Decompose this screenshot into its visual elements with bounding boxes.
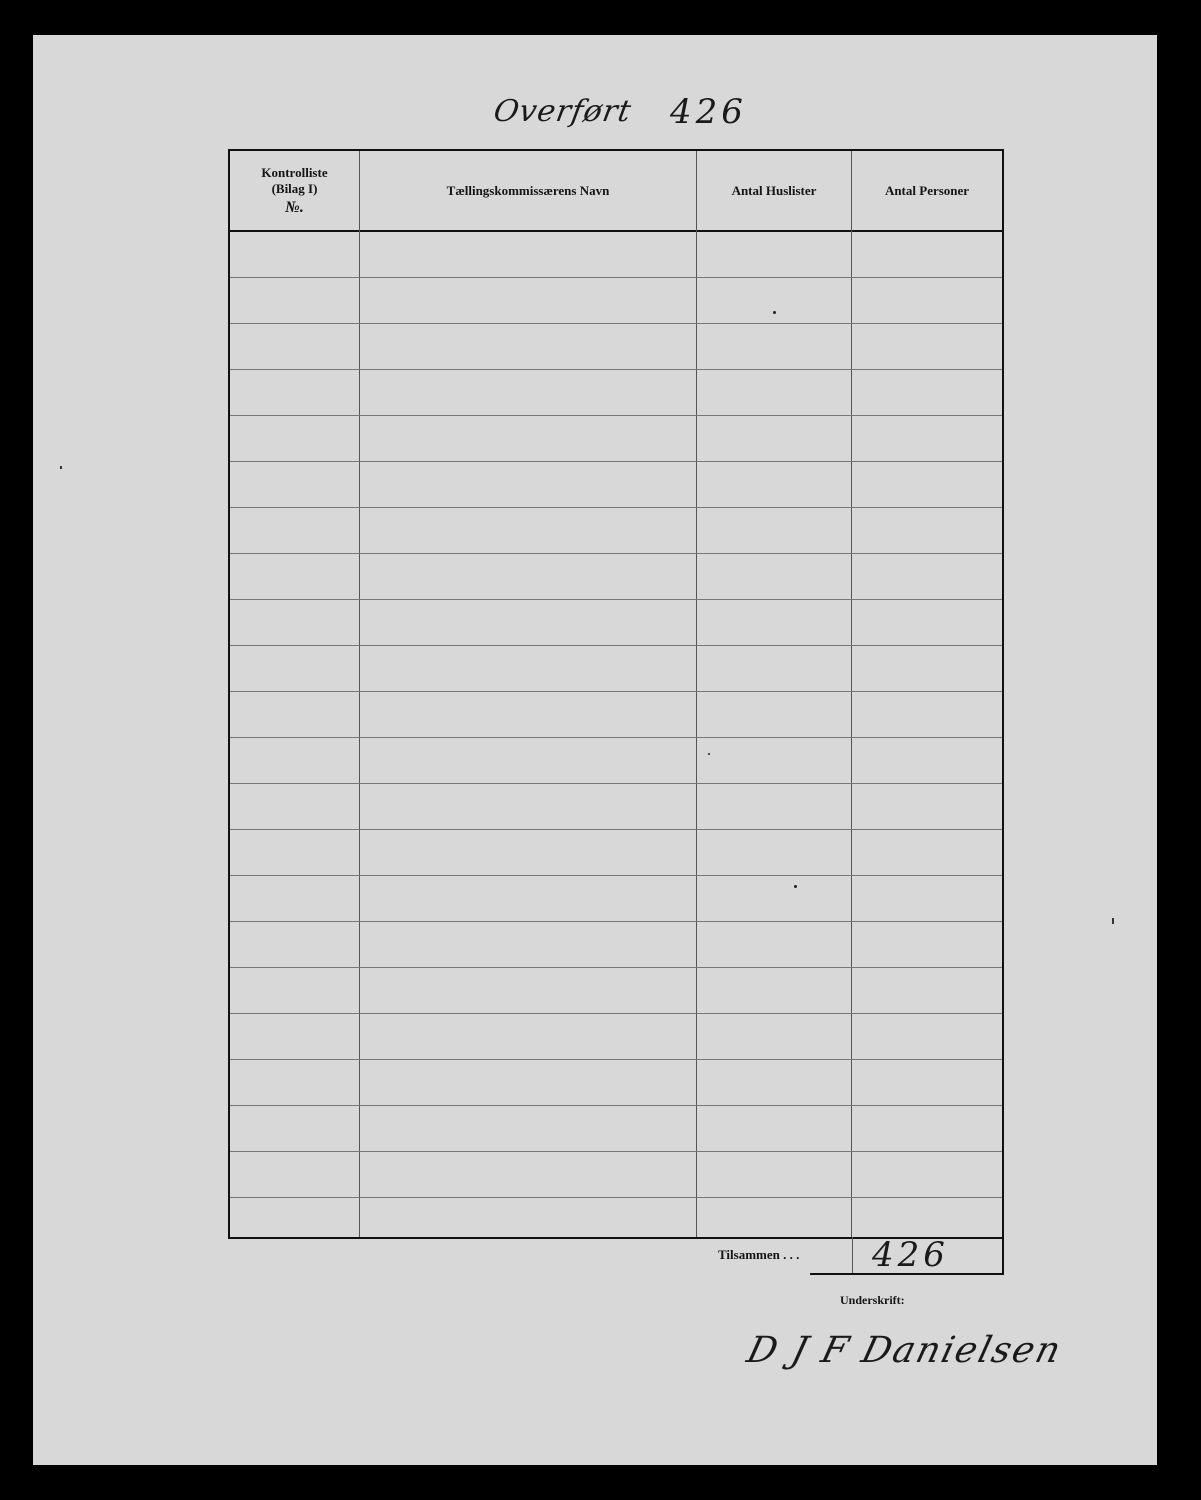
table-row: [230, 646, 1002, 692]
table-cell-huslister: [697, 554, 851, 599]
table-cell-personer: [852, 692, 1002, 737]
table-cell-kontrolliste: [230, 508, 359, 553]
table-cell-personer: [852, 370, 1002, 415]
table-row: [230, 554, 1002, 600]
table-cell-huslister: [697, 324, 851, 369]
table-cell-navn: [360, 646, 696, 691]
table-cell-huslister: [697, 508, 851, 553]
table-cell-huslister: [697, 232, 851, 277]
table-cell-personer: [852, 1014, 1002, 1059]
table-cell-navn: [360, 508, 696, 553]
table-row: [230, 784, 1002, 830]
table-cell-huslister: [697, 876, 851, 921]
table-cell-navn: [360, 784, 696, 829]
table-row: [230, 278, 1002, 324]
table-cell-navn: [360, 278, 696, 323]
header-kontrolliste-line1: Kontrolliste: [261, 165, 327, 181]
table-row: [230, 968, 1002, 1014]
table-cell-personer: [852, 922, 1002, 967]
table-cell-navn: [360, 1014, 696, 1059]
table-row: [230, 232, 1002, 278]
table-cell-huslister: [697, 968, 851, 1013]
table-cell-personer: [852, 1152, 1002, 1197]
table-cell-navn: [360, 370, 696, 415]
table-row: [230, 830, 1002, 876]
table-cell-huslister: [697, 1060, 851, 1105]
census-summary-table: Kontrolliste (Bilag I) №. Tællingskommis…: [228, 149, 1004, 1239]
table-cell-navn: [360, 554, 696, 599]
table-cell-navn: [360, 1060, 696, 1105]
table-cell-huslister: [697, 1106, 851, 1151]
table-cell-navn: [360, 232, 696, 277]
table-row: [230, 370, 1002, 416]
signature-label: Underskrift:: [840, 1293, 905, 1308]
table-cell-kontrolliste: [230, 232, 359, 277]
table-cell-kontrolliste: [230, 922, 359, 967]
table-cell-huslister: [697, 1152, 851, 1197]
table-row: [230, 508, 1002, 554]
ink-dot: [794, 885, 797, 888]
table-cell-navn: [360, 1152, 696, 1197]
table-cell-navn: [360, 462, 696, 507]
table-cell-personer: [852, 784, 1002, 829]
table-cell-kontrolliste: [230, 784, 359, 829]
table-cell-huslister: [697, 370, 851, 415]
table-cell-huslister: [697, 462, 851, 507]
table-cell-navn: [360, 600, 696, 645]
table-cell-huslister: [697, 692, 851, 737]
table-cell-personer: [852, 462, 1002, 507]
table-row: [230, 922, 1002, 968]
table-cell-huslister: [697, 1014, 851, 1059]
table-cell-kontrolliste: [230, 692, 359, 737]
table-row: [230, 1106, 1002, 1152]
table-cell-personer: [852, 646, 1002, 691]
header-personer-label: Antal Personer: [885, 183, 969, 199]
table-cell-personer: [852, 232, 1002, 277]
table-cell-kontrolliste: [230, 1152, 359, 1197]
table-cell-kontrolliste: [230, 1014, 359, 1059]
table-row: [230, 324, 1002, 370]
table-row: [230, 738, 1002, 784]
table-cell-personer: [852, 830, 1002, 875]
header-kontrolliste: Kontrolliste (Bilag I) №.: [230, 151, 359, 230]
table-row: [230, 1060, 1002, 1106]
table-cell-huslister: [697, 646, 851, 691]
table-row: [230, 692, 1002, 738]
carried-over-label: Overført: [491, 94, 634, 129]
total-right-border: [1002, 1237, 1004, 1275]
table-cell-kontrolliste: [230, 554, 359, 599]
table-cell-kontrolliste: [230, 968, 359, 1013]
table-cell-navn: [360, 876, 696, 921]
table-cell-personer: [852, 508, 1002, 553]
header-navn: Tællingskommissærens Navn: [360, 151, 696, 230]
table-cell-navn: [360, 922, 696, 967]
table-cell-navn: [360, 968, 696, 1013]
table-cell-personer: [852, 554, 1002, 599]
table-cell-personer: [852, 1060, 1002, 1105]
table-cell-navn: [360, 692, 696, 737]
table-cell-kontrolliste: [230, 738, 359, 783]
table-cell-navn: [360, 416, 696, 461]
table-cell-kontrolliste: [230, 876, 359, 921]
table-row: [230, 600, 1002, 646]
carried-over-value: 426: [670, 92, 747, 132]
table-cell-kontrolliste: [230, 278, 359, 323]
total-divider: [852, 1237, 853, 1274]
table-cell-kontrolliste: [230, 462, 359, 507]
table-cell-kontrolliste: [230, 324, 359, 369]
table-cell-kontrolliste: [230, 1106, 359, 1151]
table-cell-kontrolliste: [230, 1060, 359, 1105]
paper-speck: [60, 466, 62, 469]
table-cell-personer: [852, 876, 1002, 921]
header-kontrolliste-line2: (Bilag I): [272, 181, 318, 197]
table-cell-navn: [360, 324, 696, 369]
table-cell-navn: [360, 738, 696, 783]
table-cell-personer: [852, 738, 1002, 783]
table-cell-navn: [360, 830, 696, 875]
table-row: [230, 1198, 1002, 1239]
ink-dot: [773, 311, 776, 314]
ink-dot: [708, 753, 710, 755]
header-navn-label: Tællingskommissærens Navn: [447, 183, 610, 199]
table-cell-personer: [852, 1106, 1002, 1151]
total-row: Tilsammen . . . 426: [580, 1237, 1004, 1274]
table-cell-huslister: [697, 416, 851, 461]
table-cell-huslister: [697, 830, 851, 875]
table-cell-personer: [852, 968, 1002, 1013]
table-cell-personer: [852, 600, 1002, 645]
table-cell-huslister: [697, 278, 851, 323]
table-cell-huslister: [697, 600, 851, 645]
signature: D J F Danielsen: [743, 1330, 1067, 1371]
paper-speck: [1112, 918, 1114, 924]
table-cell-huslister: [697, 738, 851, 783]
table-cell-kontrolliste: [230, 600, 359, 645]
header-huslister: Antal Huslister: [697, 151, 851, 230]
table-row: [230, 1152, 1002, 1198]
header-huslister-label: Antal Huslister: [732, 183, 817, 199]
table-cell-personer: [852, 278, 1002, 323]
table-cell-personer: [852, 416, 1002, 461]
table-row: [230, 876, 1002, 922]
table-row: [230, 462, 1002, 508]
table-cell-personer: [852, 324, 1002, 369]
table-row: [230, 1014, 1002, 1060]
number-sign: №.: [285, 200, 304, 216]
table-cell-kontrolliste: [230, 830, 359, 875]
header-personer: Antal Personer: [852, 151, 1002, 230]
table-cell-huslister: [697, 922, 851, 967]
table-cell-kontrolliste: [230, 1198, 359, 1243]
table-row: [230, 416, 1002, 462]
table-cell-navn: [360, 1106, 696, 1151]
table-header: Kontrolliste (Bilag I) №. Tællingskommis…: [230, 151, 1002, 232]
total-label: Tilsammen . . .: [718, 1247, 799, 1263]
table-cell-kontrolliste: [230, 646, 359, 691]
table-cell-kontrolliste: [230, 370, 359, 415]
total-value: 426: [872, 1235, 949, 1275]
table-cell-kontrolliste: [230, 416, 359, 461]
table-cell-huslister: [697, 784, 851, 829]
